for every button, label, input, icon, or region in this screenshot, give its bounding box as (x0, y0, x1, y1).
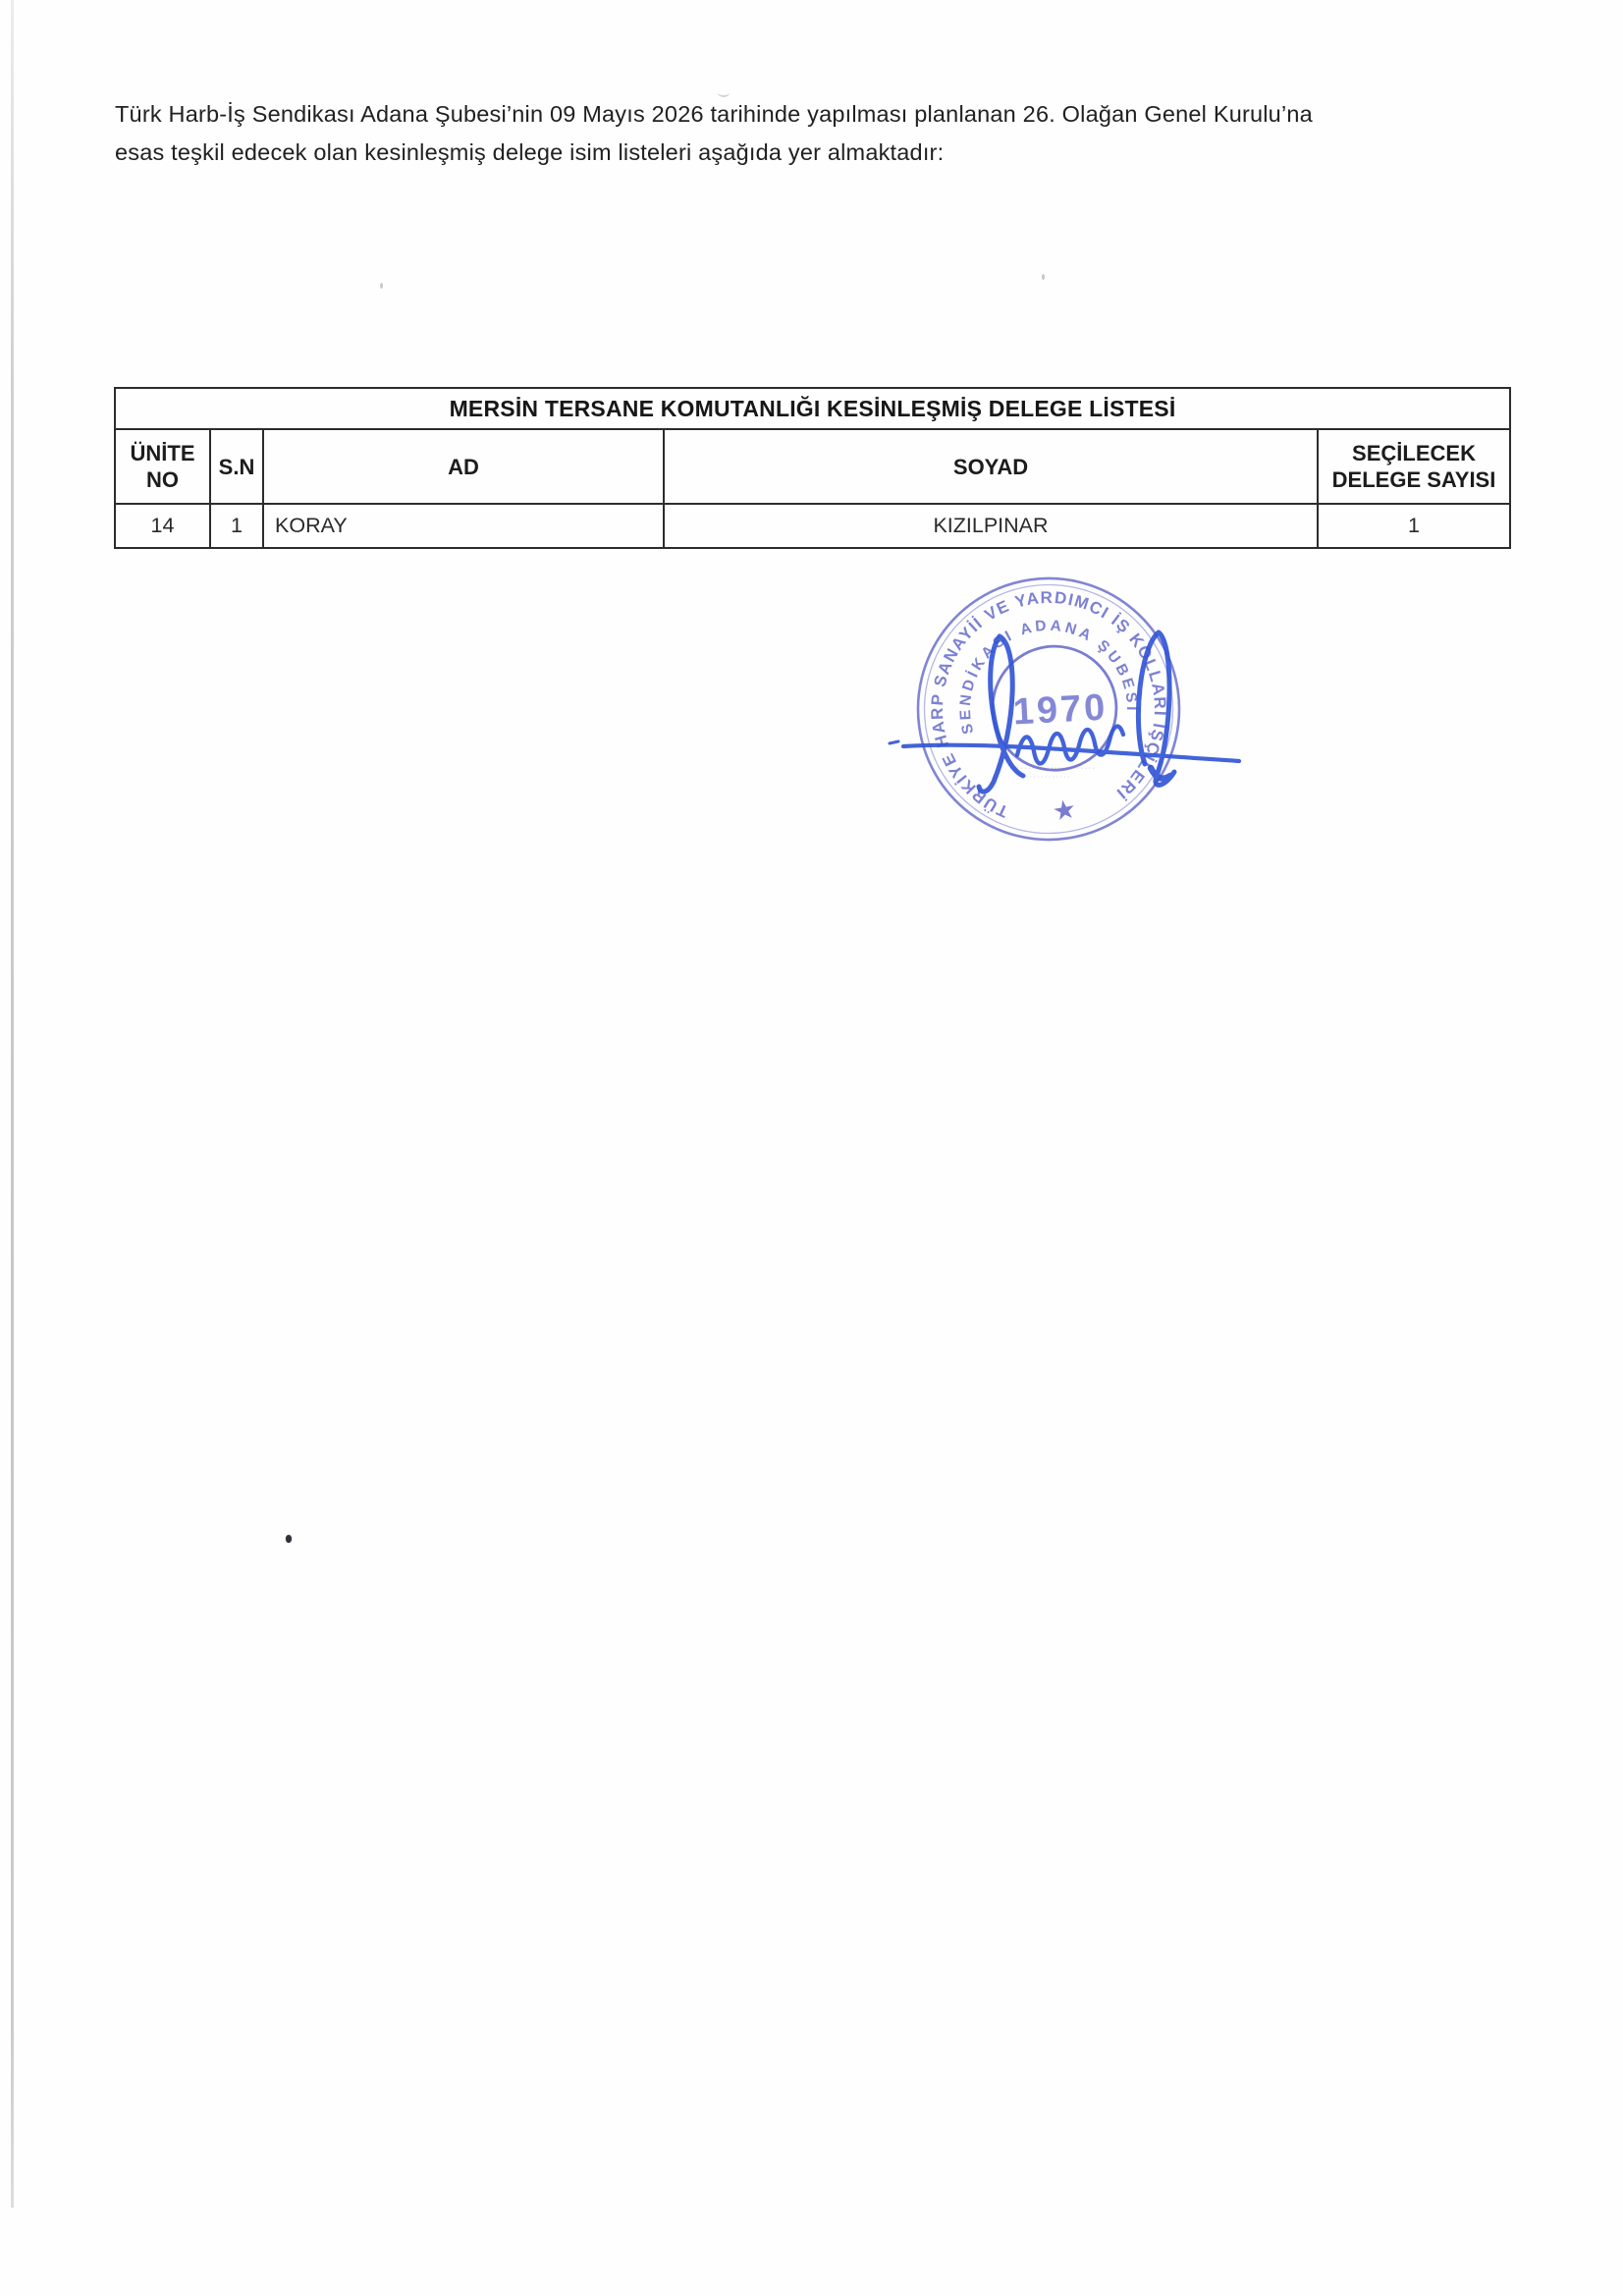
scan-left-edge-line (11, 0, 14, 2208)
header-soyad: SOYAD (664, 429, 1318, 504)
table-title: MERSİN TERSANE KOMUTANLIĞI KESİNLEŞMİŞ D… (115, 388, 1510, 429)
table-header-row: ÜNİTE NO S.N AD SOYAD SEÇİLECEK DELEGE S… (115, 429, 1510, 504)
signature-left-loop (979, 636, 1023, 792)
signature-right-loop (1138, 632, 1174, 785)
table-row: 14 1 KORAY KIZILPINAR 1 (115, 504, 1510, 548)
cell-delege-sayisi: 1 (1318, 504, 1510, 548)
handwritten-signature (874, 607, 1257, 803)
intro-paragraph: Türk Harb-İş Sendikası Adana Şubesi’nin … (115, 95, 1519, 172)
intro-paragraph-line1: Türk Harb-İş Sendikası Adana Şubesi’nin … (115, 95, 1519, 134)
intro-paragraph-line2: esas teşkil edecek olan kesinleşmiş dele… (115, 134, 1519, 172)
scan-speck-mark (380, 283, 383, 289)
cell-unite-no: 14 (115, 504, 210, 548)
delegate-list-table: MERSİN TERSANE KOMUTANLIĞI KESİNLEŞMİŞ D… (114, 387, 1511, 549)
table-title-row: MERSİN TERSANE KOMUTANLIĞI KESİNLEŞMİŞ D… (115, 388, 1510, 429)
header-unite-no: ÜNİTE NO (115, 429, 210, 504)
scanned-document-page: Türk Harb-İş Sendikası Adana Şubesi’nin … (0, 0, 1623, 2296)
header-secilecek-delege-sayisi: SEÇİLECEK DELEGE SAYISI (1318, 429, 1510, 504)
signature-middle-scribble (1017, 727, 1123, 764)
signature-strokes (890, 632, 1239, 792)
cell-sn: 1 (210, 504, 263, 548)
header-sn: S.N (210, 429, 263, 504)
scan-bottom-edge-line (27, 2285, 1122, 2288)
header-ad: AD (263, 429, 664, 504)
cell-ad: KORAY (263, 504, 664, 548)
stray-ink-dot (286, 1535, 292, 1543)
cell-soyad: KIZILPINAR (664, 504, 1318, 548)
signature-left-tick (890, 741, 898, 743)
scan-speck-mark (1042, 274, 1045, 280)
